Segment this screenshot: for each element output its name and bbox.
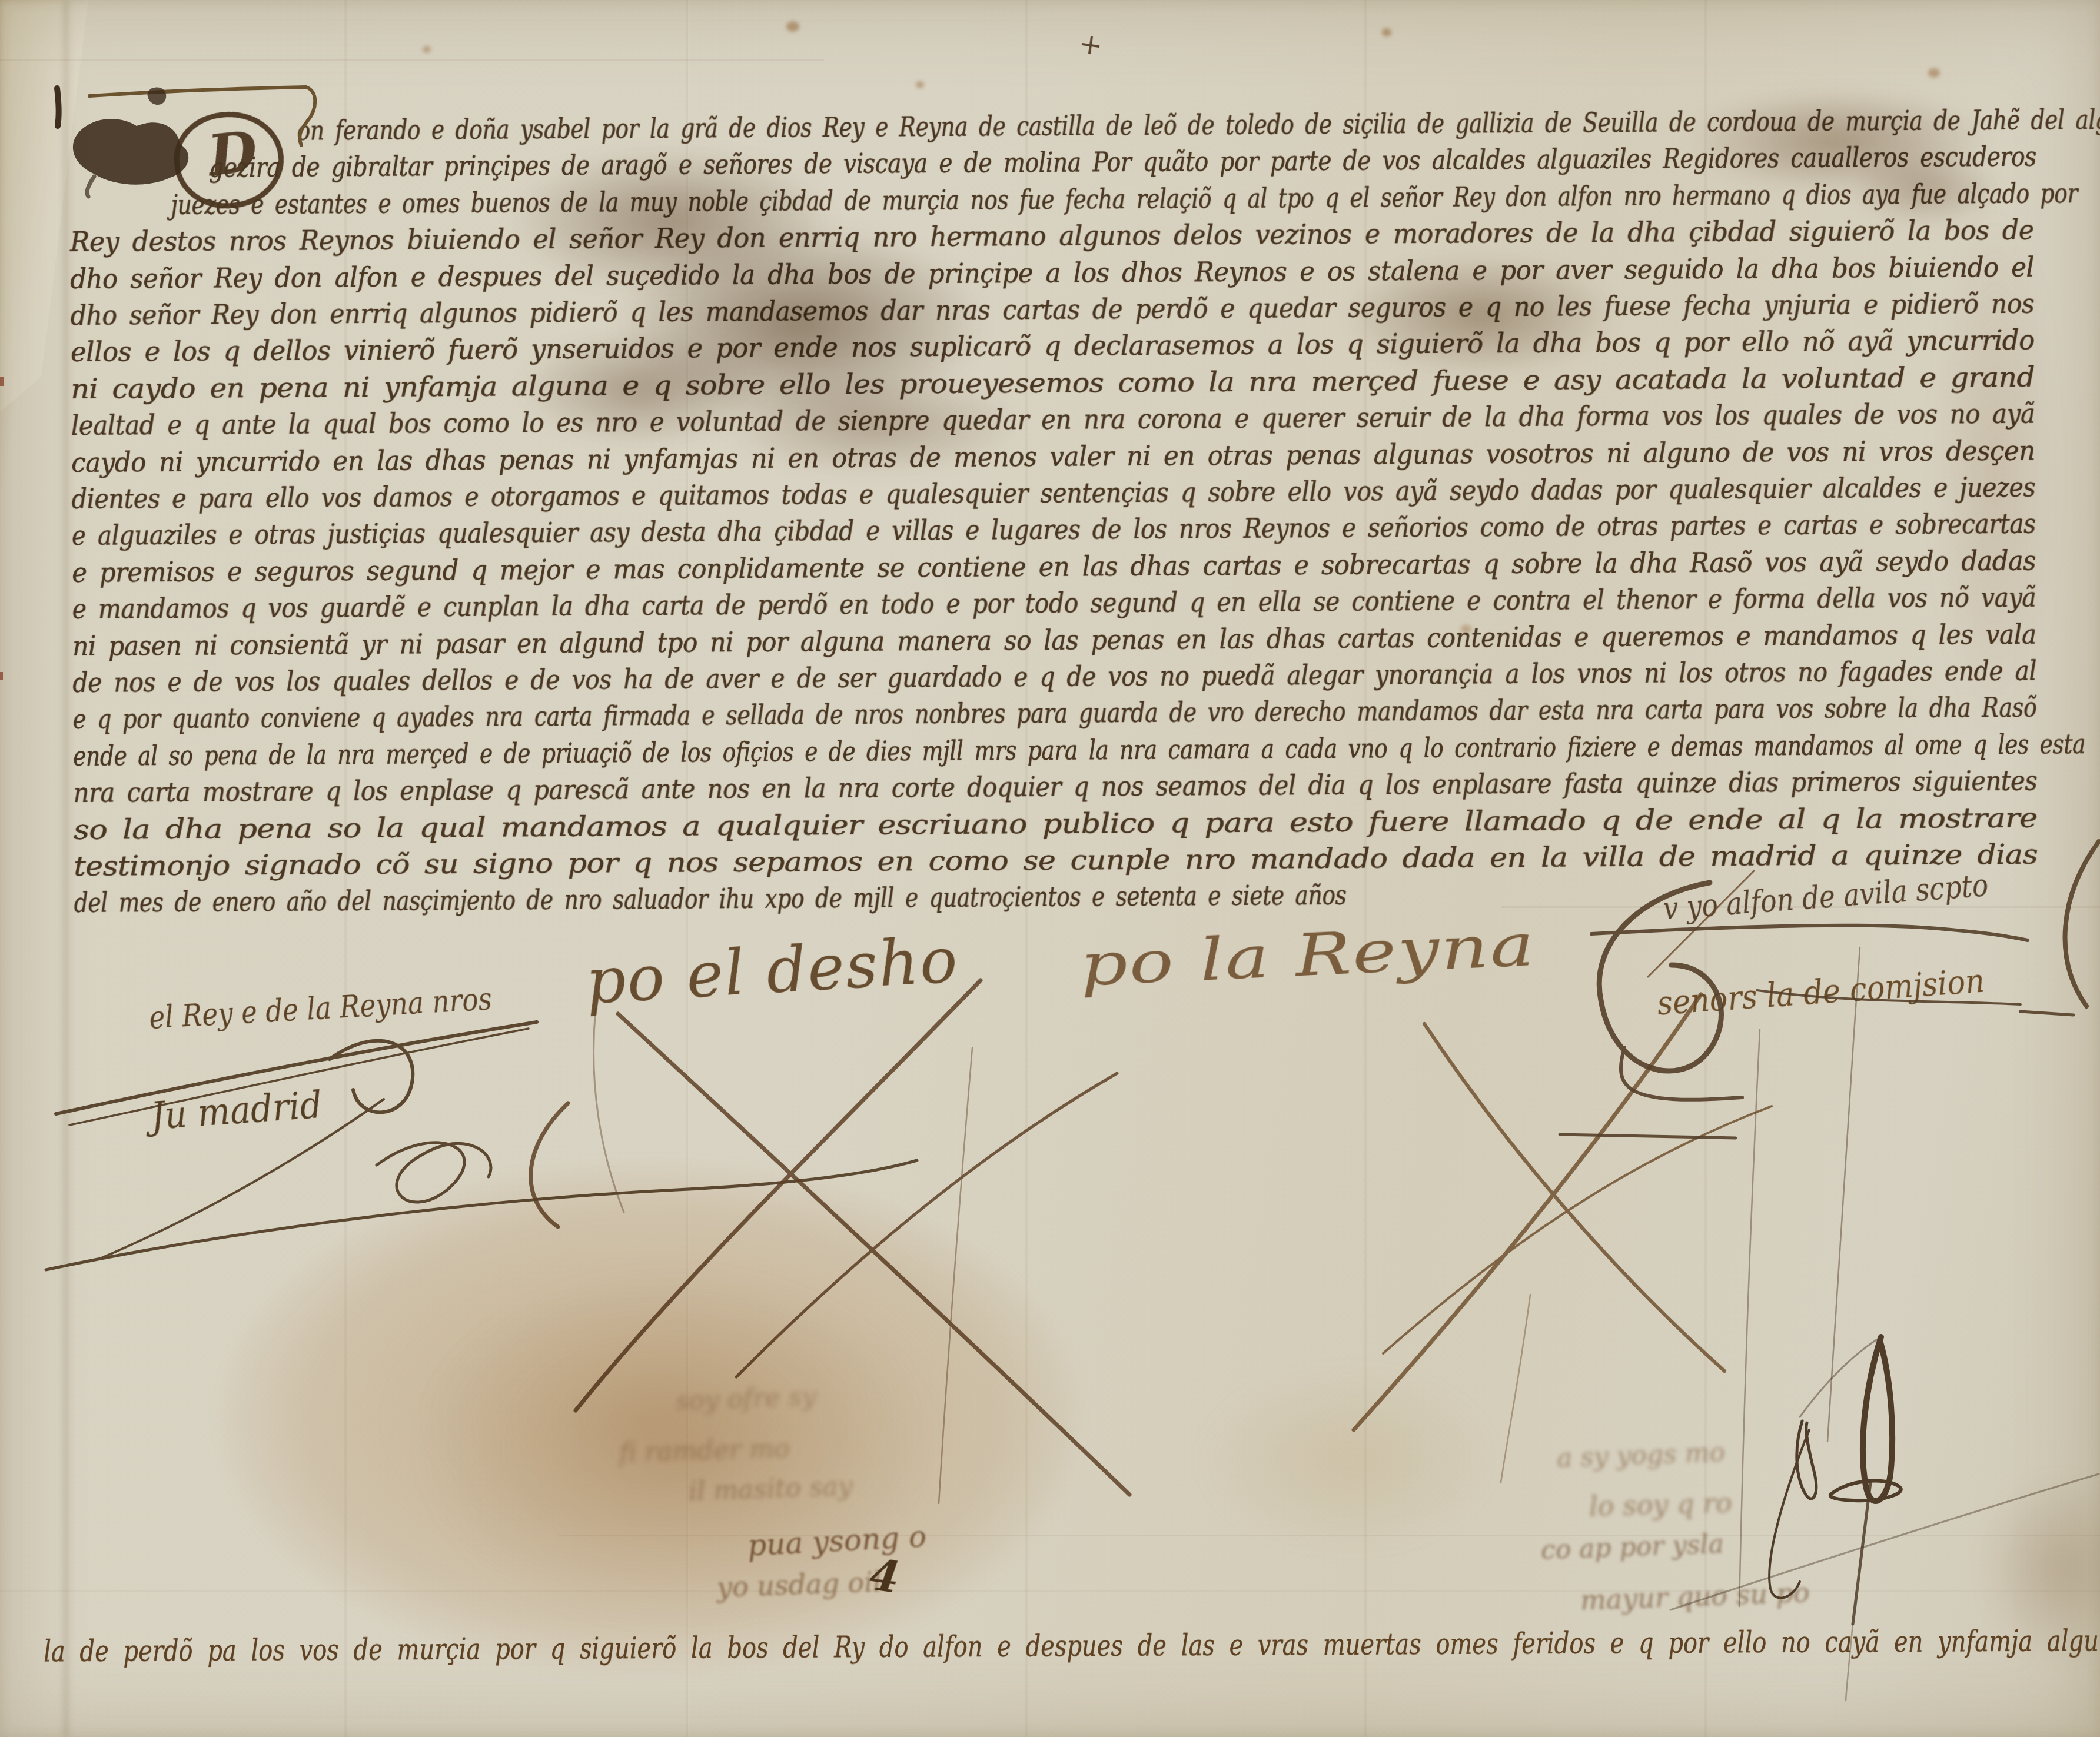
- margin-tick-mark: [57, 88, 59, 126]
- scribe-rubric-flourish: [1560, 841, 2099, 1606]
- edge-speck: [0, 377, 4, 386]
- king-rubric-flourish: [531, 980, 1129, 1503]
- edge-speck: [0, 672, 3, 680]
- notarial-monogram: [1670, 1337, 2099, 1701]
- ink-blot: [73, 119, 188, 185]
- secretary-flourish: [46, 1022, 917, 1270]
- fox-spot: [1928, 68, 1940, 78]
- fox-spot: [786, 21, 799, 32]
- fox-spot: [1461, 625, 1471, 633]
- queen-rubric-flourish: [1354, 871, 1772, 1483]
- fox-spot: [423, 46, 431, 53]
- ink-blot-tail: [87, 177, 94, 197]
- manuscript-page: + D on ferando e doña ysabel por la grã …: [0, 0, 2100, 1737]
- fox-spot: [916, 81, 924, 88]
- ink-blot-small: [148, 87, 167, 105]
- fox-spot: [1382, 28, 1391, 36]
- ink-flourishes-layer: [0, 0, 2100, 1737]
